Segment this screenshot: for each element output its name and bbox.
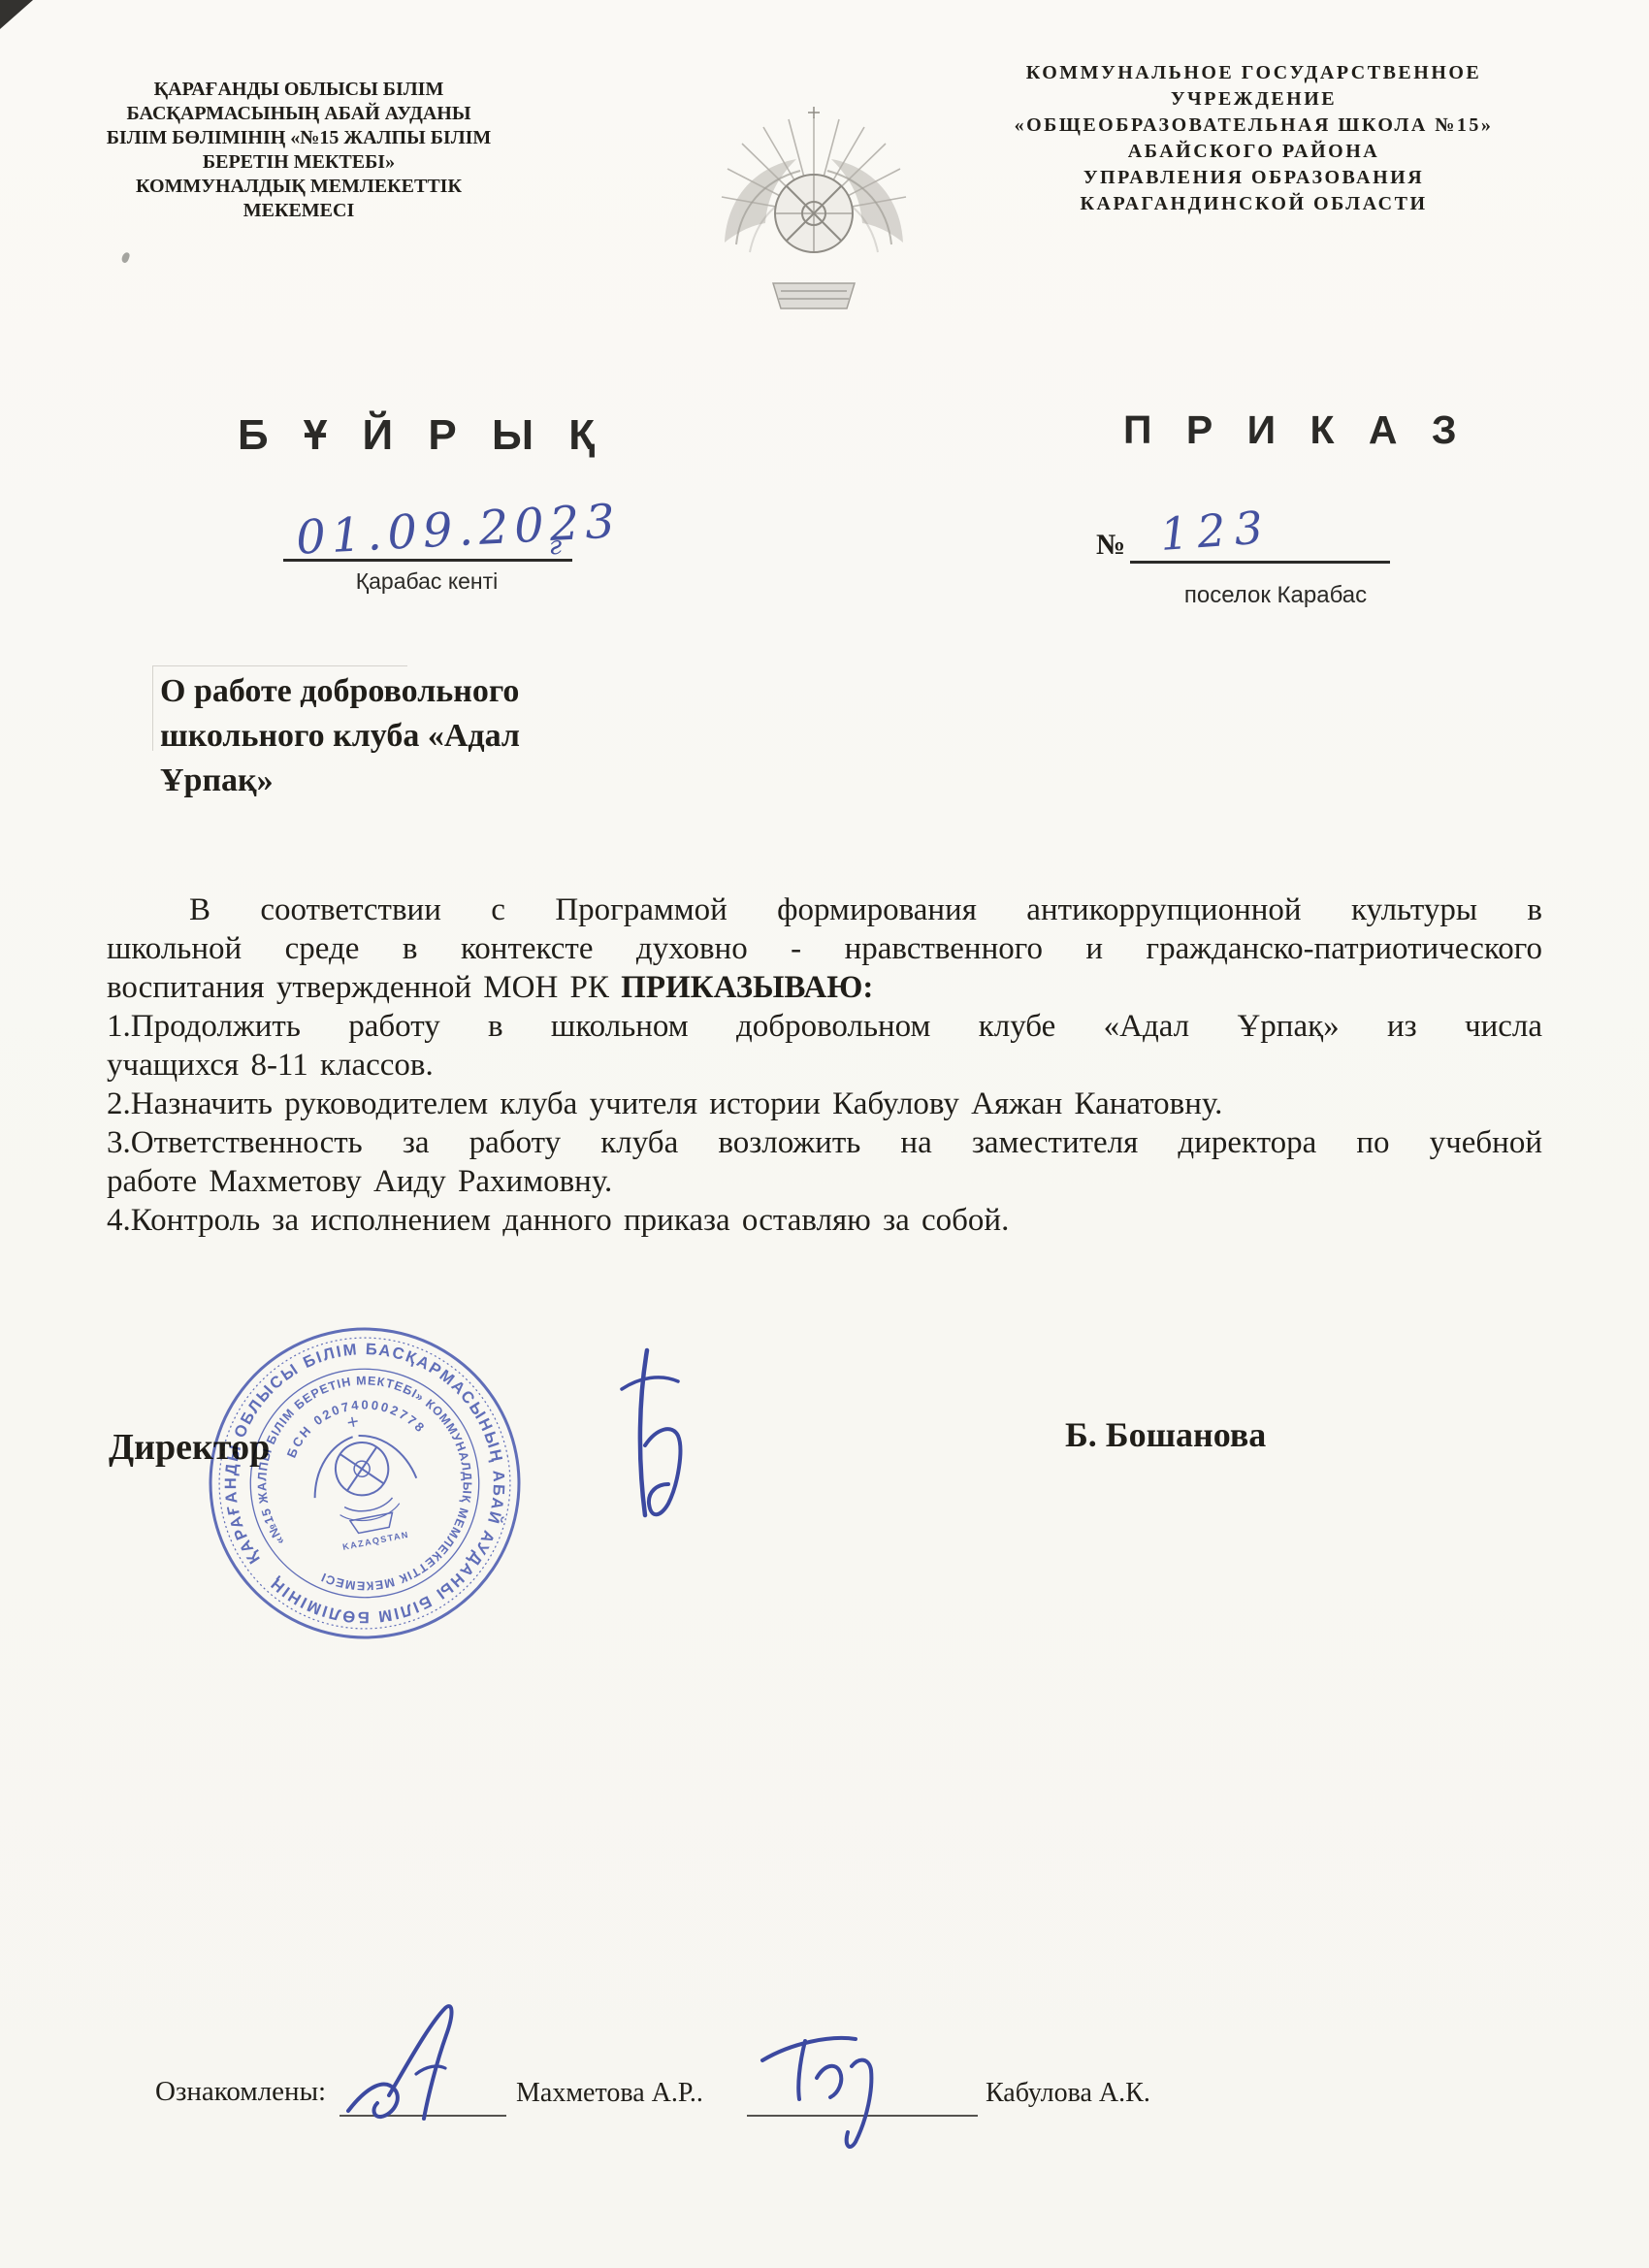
handwritten-number: 123 — [1158, 501, 1273, 561]
svg-text:«№15 ЖАЛПЫ БІЛІМ БЕРЕТІН МЕКТЕ: «№15 ЖАЛПЫ БІЛІМ БЕРЕТІН МЕКТЕБІ» КОММУН… — [212, 1331, 518, 1636]
order-body: В соответствии с Программой формирования… — [107, 891, 1542, 1240]
scan-box-line — [153, 665, 407, 666]
scan-speck — [120, 251, 130, 264]
order-item: 2.Назначить руководителем клуба учителя … — [107, 1085, 1542, 1123]
order-item: 4.Контроль за исполнением данного приказ… — [107, 1201, 1542, 1240]
subject-line: школьного клуба «Адал — [160, 714, 606, 759]
body-line: школьной среде в контексте духовно - нра… — [107, 929, 1542, 968]
org-header-ru-line: КАРАГАНДИНСКОЙ ОБЛАСТИ — [951, 191, 1557, 217]
order-item: 1.Продолжить работу в школьном доброволь… — [107, 1007, 1542, 1046]
org-header-ru-line: УПРАВЛЕНИЯ ОБРАЗОВАНИЯ — [951, 165, 1557, 191]
handwritten-date: 01.09.2023 — [295, 494, 622, 565]
stamp-ring-inner-text: «№15 ЖАЛПЫ БІЛІМ БЕРЕТІН МЕКТЕБІ» КОММУН… — [212, 1331, 518, 1636]
org-header-kk-line: КОММУНАЛДЫҚ МЕМЛЕКЕТТІК — [105, 175, 493, 199]
signee-name: Кабулова А.К. — [986, 2078, 1150, 2109]
order-verb-emphasis: ПРИКАЗЫВАЮ: — [621, 970, 873, 1005]
scan-corner-artifact — [0, 0, 33, 29]
order-item: работе Махметову Аиду Рахимовну. — [107, 1162, 1542, 1201]
stamp-center-label: KAZAQSTAN — [341, 1530, 409, 1552]
signee-name: Махметова А.Р.. — [516, 2078, 703, 2109]
acknowledgement-label: Ознакомлены: — [155, 2076, 326, 2108]
date-underline — [283, 559, 572, 562]
stamp-ring-outer-text: ҚАРАҒАНДЫ ОБЛЫСЫ БІЛІМ БАСҚАРМАСЫНЫҢ АБА… — [176, 1294, 553, 1671]
order-title-ru: П Р И К А З — [1123, 407, 1469, 453]
org-header-ru-line: АБАЙСКОГО РАЙОНА — [951, 139, 1557, 165]
place-kk: Қарабас кенті — [330, 568, 524, 595]
org-header-ru-line: КОММУНАЛЬНОЕ ГОСУДАРСТВЕННОЕ — [951, 60, 1557, 86]
number-underline — [1130, 561, 1390, 564]
signee-signature — [335, 1996, 480, 2132]
org-header-kk-line: БАСҚАРМАСЫНЫҢ АБАЙ АУДАНЫ — [105, 102, 493, 126]
signee-signature — [755, 2000, 920, 2155]
body-line: В соответствии с Программой формирования… — [107, 891, 1542, 929]
number-label: № — [1096, 529, 1125, 562]
order-title-kk: Б Ұ Й Р Ы Қ — [238, 411, 606, 460]
order-item: 3.Ответственность за работу клуба возлож… — [107, 1123, 1542, 1162]
org-header-ru-line: «ОБЩЕОБРАЗОВАТЕЛЬНАЯ ШКОЛА №15» — [951, 113, 1557, 139]
subject-line: Ұрпақ» — [160, 759, 606, 803]
org-header-kk-line: БЕРЕТІН МЕКТЕБІ» — [105, 150, 493, 175]
org-header-kk-line: МЕКЕМЕСІ — [105, 199, 493, 223]
director-signature — [597, 1339, 713, 1533]
school-seal-stamp: ҚАРАҒАНДЫ ОБЛЫСЫ БІЛІМ БАСҚАРМАСЫНЫҢ АБА… — [176, 1294, 553, 1671]
org-header-ru: КОММУНАЛЬНОЕ ГОСУДАРСТВЕННОЕ УЧРЕЖДЕНИЕ … — [951, 60, 1557, 217]
handwritten-date-suffix: г — [549, 532, 562, 561]
place-ru: поселок Карабас — [1154, 582, 1397, 609]
order-subject: О работе добровольного школьного клуба «… — [160, 669, 606, 803]
org-header-kk-line: ҚАРАҒАНДЫ ОБЛЫСЫ БІЛІМ — [105, 78, 493, 102]
order-item: учащихся 8-11 классов. — [107, 1046, 1542, 1085]
org-header-kk-line: БІЛІМ БӨЛІМІНІҢ «№15 ЖАЛПЫ БІЛІМ — [105, 126, 493, 150]
director-name: Б. Бошанова — [1065, 1414, 1266, 1455]
scanned-order-page: ҚАРАҒАНДЫ ОБЛЫСЫ БІЛІМ БАСҚАРМАСЫНЫҢ АБА… — [0, 0, 1649, 2268]
body-line-text: воспитания утвержденной МОН РК — [107, 970, 609, 1005]
kazakhstan-emblem-icon — [706, 99, 921, 324]
org-header-kk: ҚАРАҒАНДЫ ОБЛЫСЫ БІЛІМ БАСҚАРМАСЫНЫҢ АБА… — [105, 78, 493, 223]
svg-text:ҚАРАҒАНДЫ ОБЛЫСЫ БІЛІМ БАСҚАРМ: ҚАРАҒАНДЫ ОБЛЫСЫ БІЛІМ БАСҚАРМАСЫНЫҢ АБА… — [176, 1294, 553, 1671]
org-header-ru-line: УЧРЕЖДЕНИЕ — [951, 86, 1557, 113]
scan-box-line — [152, 665, 153, 751]
subject-line: О работе добровольного — [160, 669, 606, 714]
body-line: воспитания утвержденной МОН РК ПРИКАЗЫВА… — [107, 968, 1542, 1007]
